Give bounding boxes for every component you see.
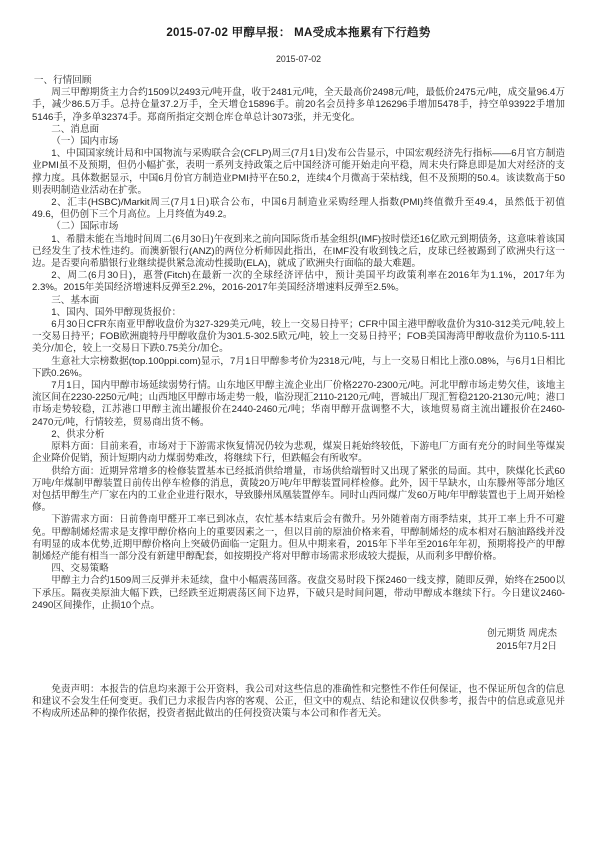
section-heading: 一、行情回顾 — [32, 75, 565, 87]
paragraph: 周三甲醇期货主力合约1509以2493元/吨开盘，收于2481元/吨，全天最高价… — [32, 87, 565, 124]
section-heading: 1、国内、国外甲醇现货报价： — [32, 307, 565, 319]
section-heading: 四、交易策略 — [32, 563, 565, 575]
section-heading: 2、供求分析 — [32, 429, 565, 441]
signature-author: 创元期货 周虎杰 — [32, 627, 557, 641]
disclaimer-text: 免责声明：本报告的信息均来源于公开资料，我公司对这些信息的准确性和完整性不作任何… — [32, 684, 565, 721]
report-body: 一、行情回顾周三甲醇期货主力合约1509以2493元/吨开盘，收于2481元/吨… — [32, 75, 565, 612]
report-date: 2015-07-02 — [32, 54, 565, 64]
section-heading: （一）国内市场 — [32, 136, 565, 148]
paragraph: 1、希腊未能在当地时间周二(6月30日)午夜到来之前向国际货币基金组织(IMF)… — [32, 234, 565, 271]
paragraph: 2、汇丰(HSBC)/Markit周三(7月1日)联合公布，中国6月制造业采购经… — [32, 197, 565, 221]
signature-date: 2015年7月2日 — [32, 640, 557, 654]
report-title: 2015-07-02 甲醇早报： MA受成本拖累有下行趋势 — [32, 24, 565, 40]
paragraph: 2、周二(6月30日)，惠誉(Fitch)在最新一次的全球经济评估中，预计美国平… — [32, 270, 565, 294]
section-heading: 二、消息面 — [32, 124, 565, 136]
paragraph: 甲醇主力合约1509周三反弹并未延续，盘中小幅震荡回落。夜盘交易时段下探2460… — [32, 575, 565, 612]
paragraph: 生意社大宗榜数据(top.100ppi.com)显示，7月1日甲醇参考价为231… — [32, 356, 565, 380]
paragraph: 6月30日CFR东南亚甲醇收盘价为327-329美元/吨，较上一交易日持平；CF… — [32, 319, 565, 356]
section-heading: （二）国际市场 — [32, 221, 565, 233]
paragraph: 1、中国国家统计局和中国物流与采购联合会(CFLP)周三(7月1日)发布公告显示… — [32, 148, 565, 197]
paragraph: 原料方面：目前来看，市场对于下游需求恢复情况仍较为悲观，煤炭日耗始终较低，下游电… — [32, 441, 565, 465]
section-heading: 三、基本面 — [32, 295, 565, 307]
paragraph: 7月1日，国内甲醇市场延续弱势行情。山东地区甲醇主流企业出厂价格2270-230… — [32, 380, 565, 429]
paragraph: 供给方面：近期异常增多的检修装置基本已经抵消供给增量，市场供给端暂时又出现了紧张… — [32, 466, 565, 515]
signature-block: 创元期货 周虎杰 2015年7月2日 — [32, 627, 565, 654]
paragraph: 下游需求方面：日前鲁南甲醛开工率已到冰点，农忙基本结束后会有微升。另外随着南方雨… — [32, 514, 565, 563]
report-page: 2015-07-02 甲醇早报： MA受成本拖累有下行趋势 2015-07-02… — [0, 0, 595, 842]
